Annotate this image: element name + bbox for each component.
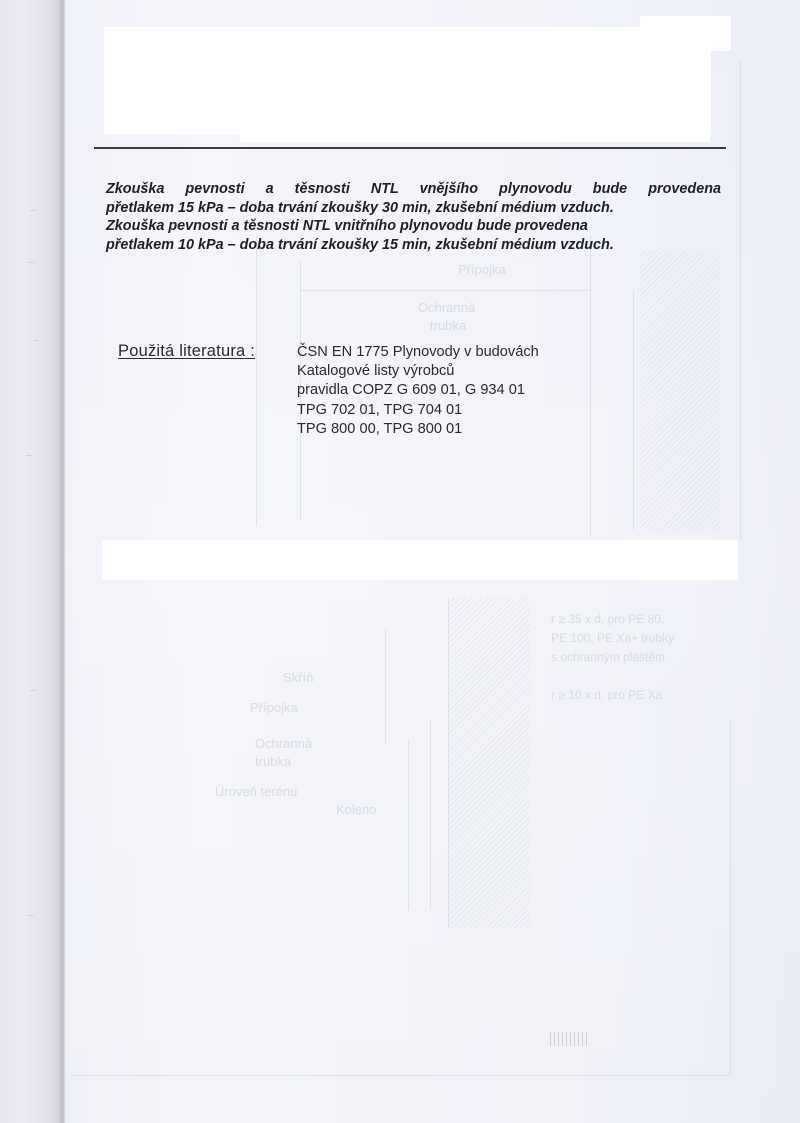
binding-marks (0, 0, 66, 1123)
inner-pipeline-test-line-2: přetlakem 10 kPa – doba trvání zkoušky 1… (106, 236, 721, 255)
literature-item: TPG 800 00, TPG 800 01 (297, 420, 539, 439)
redaction-box-header-lower (240, 130, 710, 142)
pressure-test-specification: Zkouška pevnosti a těsnosti NTL vnějšího… (106, 180, 721, 254)
literature-item: ČSN EN 1775 Plynovody v budovách (297, 343, 539, 362)
redaction-box-header (104, 27, 711, 134)
inner-pipeline-test-line-1: Zkouška pevnosti a těsnosti NTL vnitřníh… (106, 217, 721, 236)
outer-pipeline-test-line-1: Zkouška pevnosti a těsnosti NTL vnějšího… (106, 180, 721, 199)
literature-heading: Použitá literatura : (118, 342, 255, 361)
literature-item: Katalogové listy výrobců (297, 362, 539, 381)
redaction-box-middle (102, 540, 738, 580)
outer-pipeline-test-line-2: přetlakem 15 kPa – doba trvání zkoušky 3… (106, 199, 721, 218)
literature-item: TPG 702 01, TPG 704 01 (297, 401, 539, 420)
scan-speckle (550, 1032, 590, 1046)
header-divider (94, 147, 726, 149)
literature-item: pravidla COPZ G 609 01, G 934 01 (297, 381, 539, 400)
literature-list: ČSN EN 1775 Plynovody v budovách Katalog… (297, 343, 539, 439)
